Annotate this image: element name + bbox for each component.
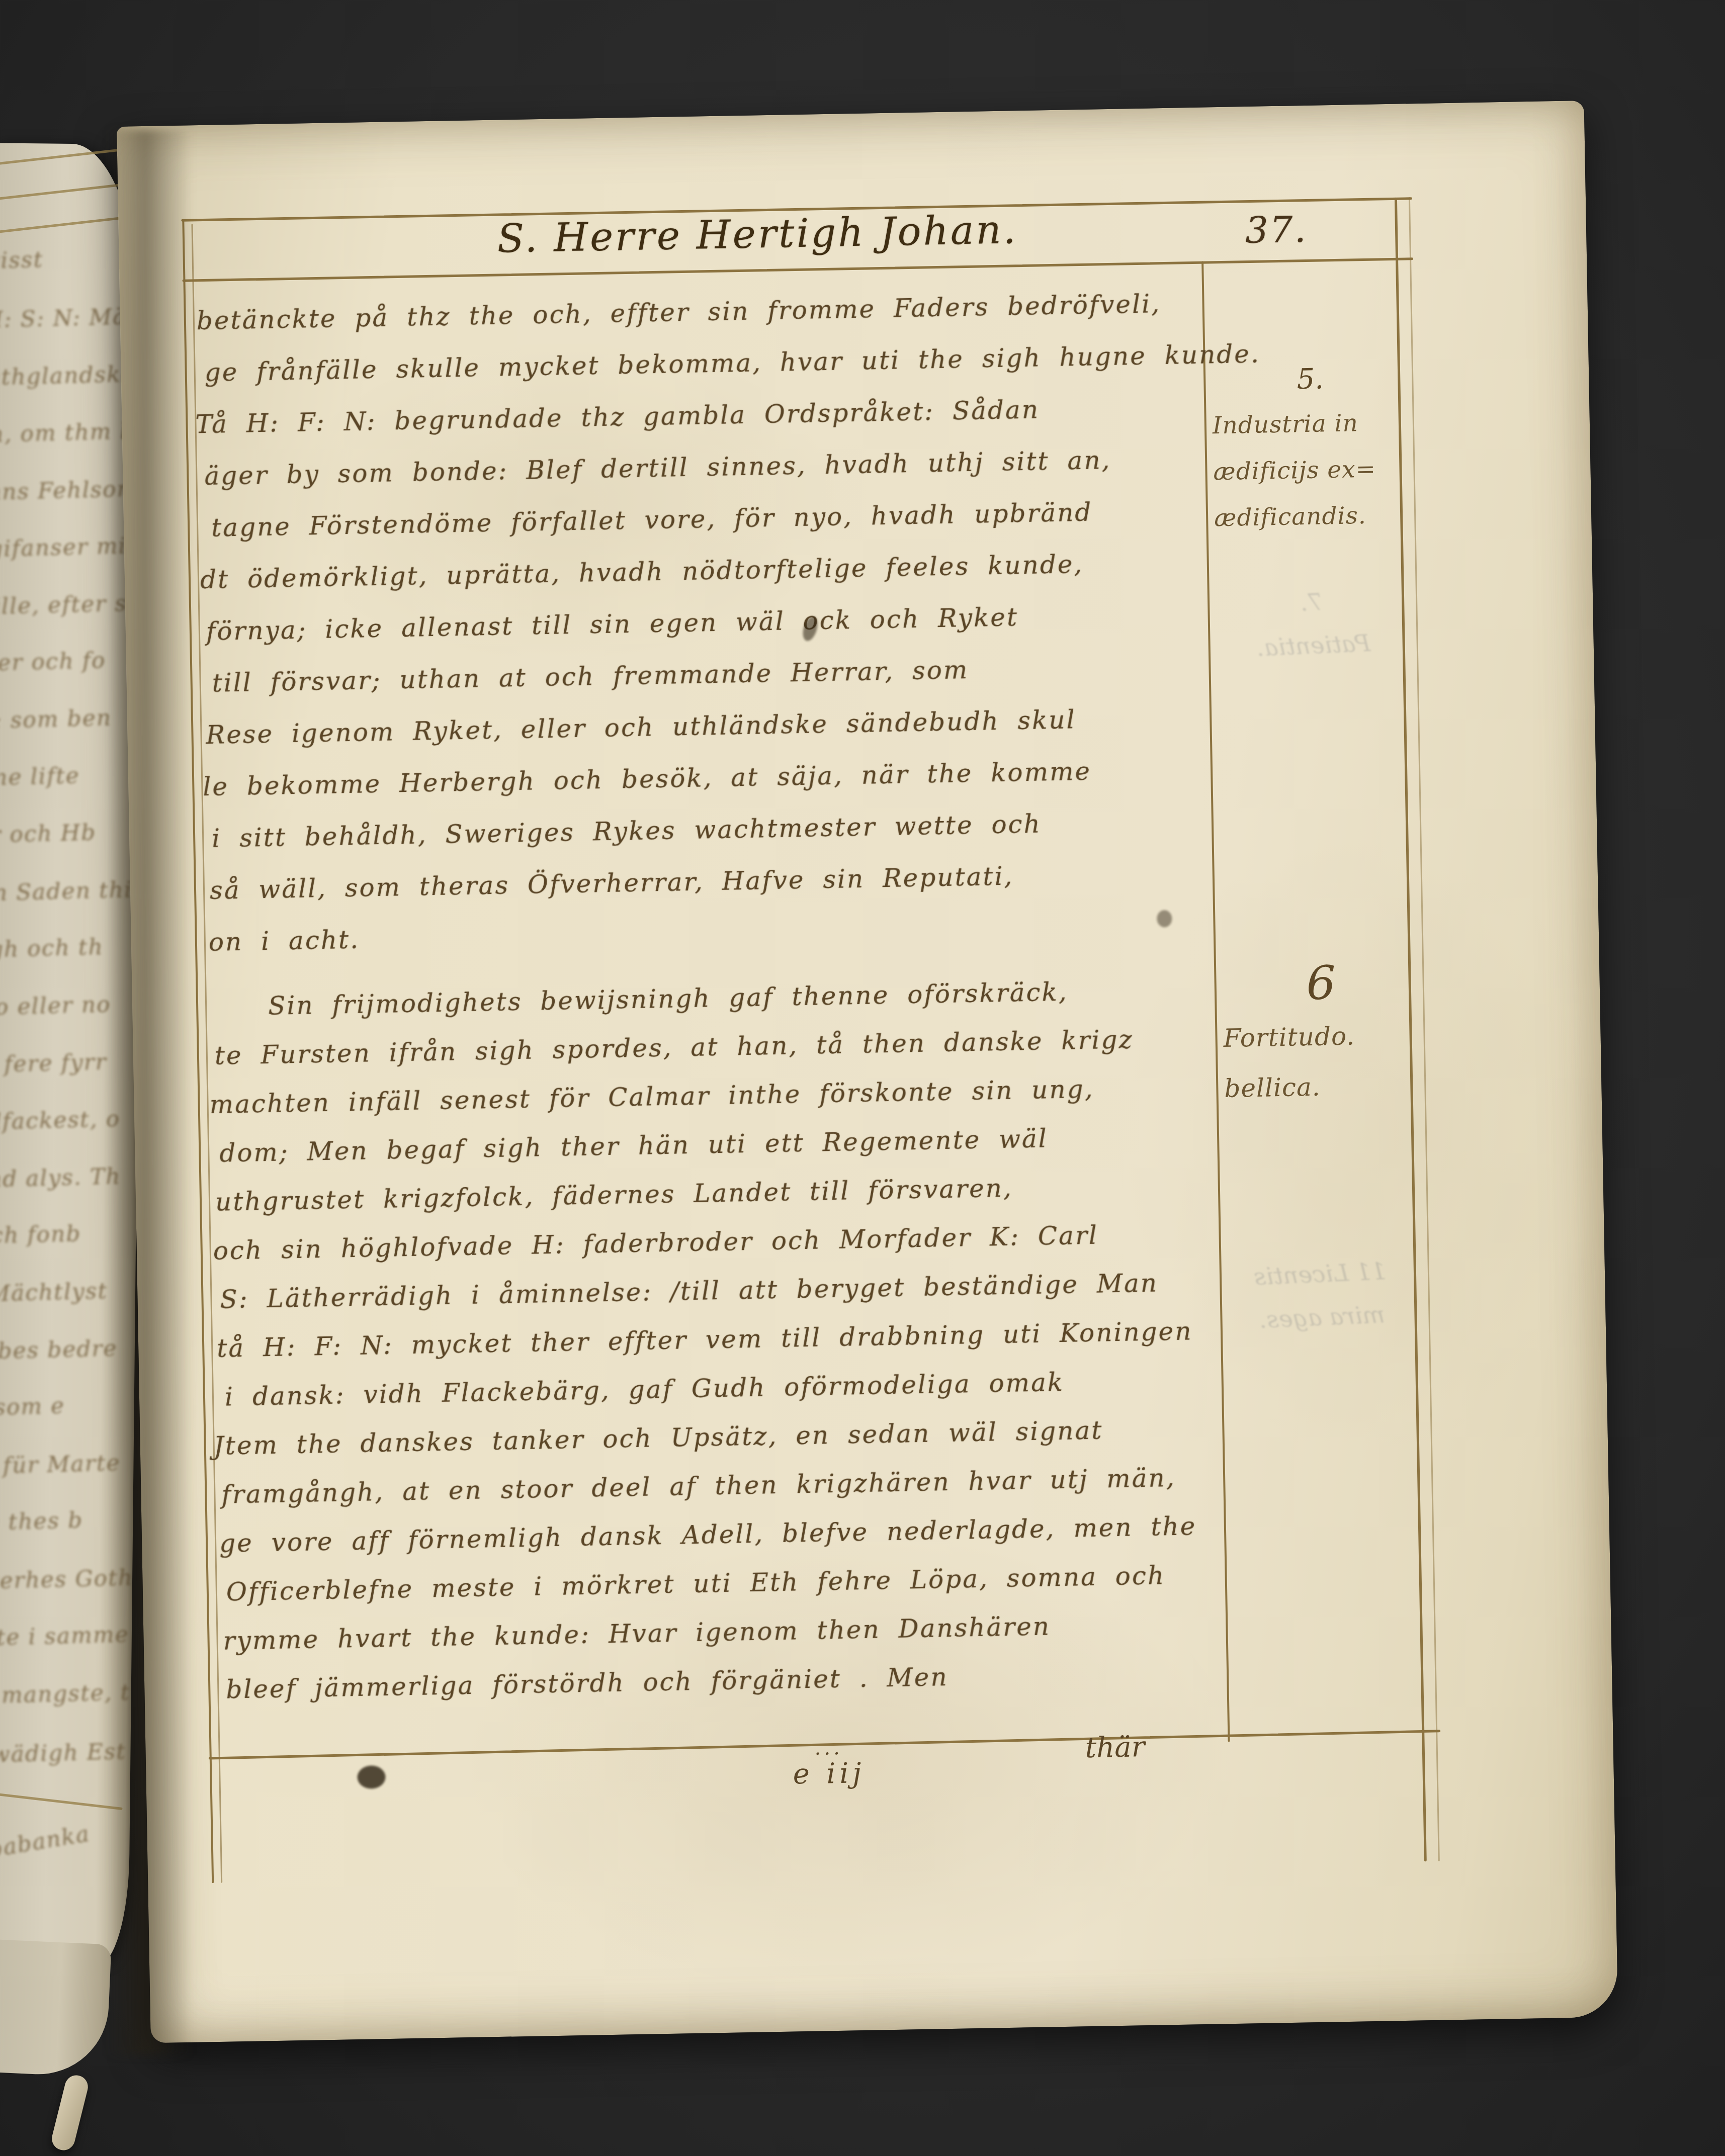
prev-page-fragment: inker och fo (0, 648, 106, 677)
prev-page-fragment: lsse thes b (0, 1507, 83, 1536)
prev-page-fragment: babanka (0, 1821, 92, 1863)
prev-page-fragment: h, für Marte (0, 1450, 121, 1479)
note-number: 6 (1222, 953, 1420, 1013)
current-page: S. Herre Hertigh Johan. 37. betänckte på… (117, 101, 1618, 2043)
prev-page-fragment: me lifte (0, 763, 80, 791)
note-number: 5. (1212, 356, 1409, 403)
page-number: 37. (1245, 208, 1308, 251)
paragraph: betänckte på thz the och, effter sin fro… (196, 288, 1225, 979)
prev-page-fragment: ne mangste, th (0, 1679, 146, 1710)
catchword: thär (1085, 1731, 1145, 1764)
prev-page-fragment: augh och th (0, 934, 104, 963)
prev-page-fragment: ewisst (0, 247, 44, 275)
signature-mark: e iij (793, 1757, 866, 1791)
prev-page-fragment: o och fonb (0, 1221, 81, 1249)
margin-note: 6Fortitudo.bellica. (1222, 953, 1422, 1114)
running-title: S. Herre Hertigh Johan. (440, 206, 1075, 276)
note-line: Fortitudo. (1223, 1010, 1421, 1063)
prev-page-fragment: an wädigh Est g’mitelige (0, 1736, 147, 1769)
prev-page-fragment: n fere fyrr (0, 1049, 107, 1078)
prev-page-fragment: o bes bedre (0, 1335, 118, 1365)
previous-page-tail (0, 1939, 112, 2077)
note-line: Industria in (1212, 399, 1410, 449)
prev-page-fragment: an, om thm b (0, 418, 135, 448)
prev-page-fragment: n inte i samme (0, 1622, 129, 1652)
prev-page-fragment: nn Saden thi (0, 877, 133, 907)
note-line: ædificijs ex= (1213, 445, 1411, 495)
show-through-line: Patientia. (1215, 620, 1412, 672)
paragraph: Sin frijmodighets bewijsningh gaf thenne… (209, 974, 1239, 1724)
prev-page-fragment: und alys. Th (0, 1163, 121, 1193)
prev-page-fragment: N: som ben (0, 705, 112, 734)
prev-page-fragment: es som e (0, 1393, 65, 1421)
note-line: bellica. (1224, 1060, 1422, 1114)
margin-notes: 5.Industria inædificijs ex=ædificandis.6… (117, 101, 1584, 127)
prev-page-fragment: o gifanser mig (0, 533, 142, 563)
show-through-note: 11 Licentismira ages. (1221, 1248, 1421, 1343)
prev-page-fragment: fúr och Hb (0, 820, 97, 848)
prev-page-fragment: H: S: N: Mä (0, 304, 127, 333)
prev-page-fragment: fälle, efter sz (0, 590, 140, 620)
note-line: ædificandis. (1214, 492, 1412, 542)
prev-page-fragment: Esterhes Gothis (0, 1564, 147, 1594)
show-through-line: mira ages. (1223, 1292, 1421, 1343)
margin-note: 5.Industria inædificijs ex=ædificandis. (1212, 356, 1412, 542)
prev-page-fragment: wälfackest, o (0, 1106, 121, 1136)
prev-page-fragment: Mo eller no (0, 992, 111, 1021)
binding-cord (49, 2073, 90, 2153)
ink-blot (357, 1765, 386, 1789)
manuscript-photo: ewisstH: S: N: Mäg uthglandske, van, om … (0, 0, 1725, 2156)
main-text-block: betänckte på thz the och, effter sin fro… (196, 288, 1238, 1724)
show-through-note: 7.Patientia. (1213, 577, 1412, 672)
prev-page-fragment: y Mächtlyst (0, 1278, 108, 1307)
show-through-notes: 7.Patientia.11 Licentismira ages. (117, 101, 1584, 127)
